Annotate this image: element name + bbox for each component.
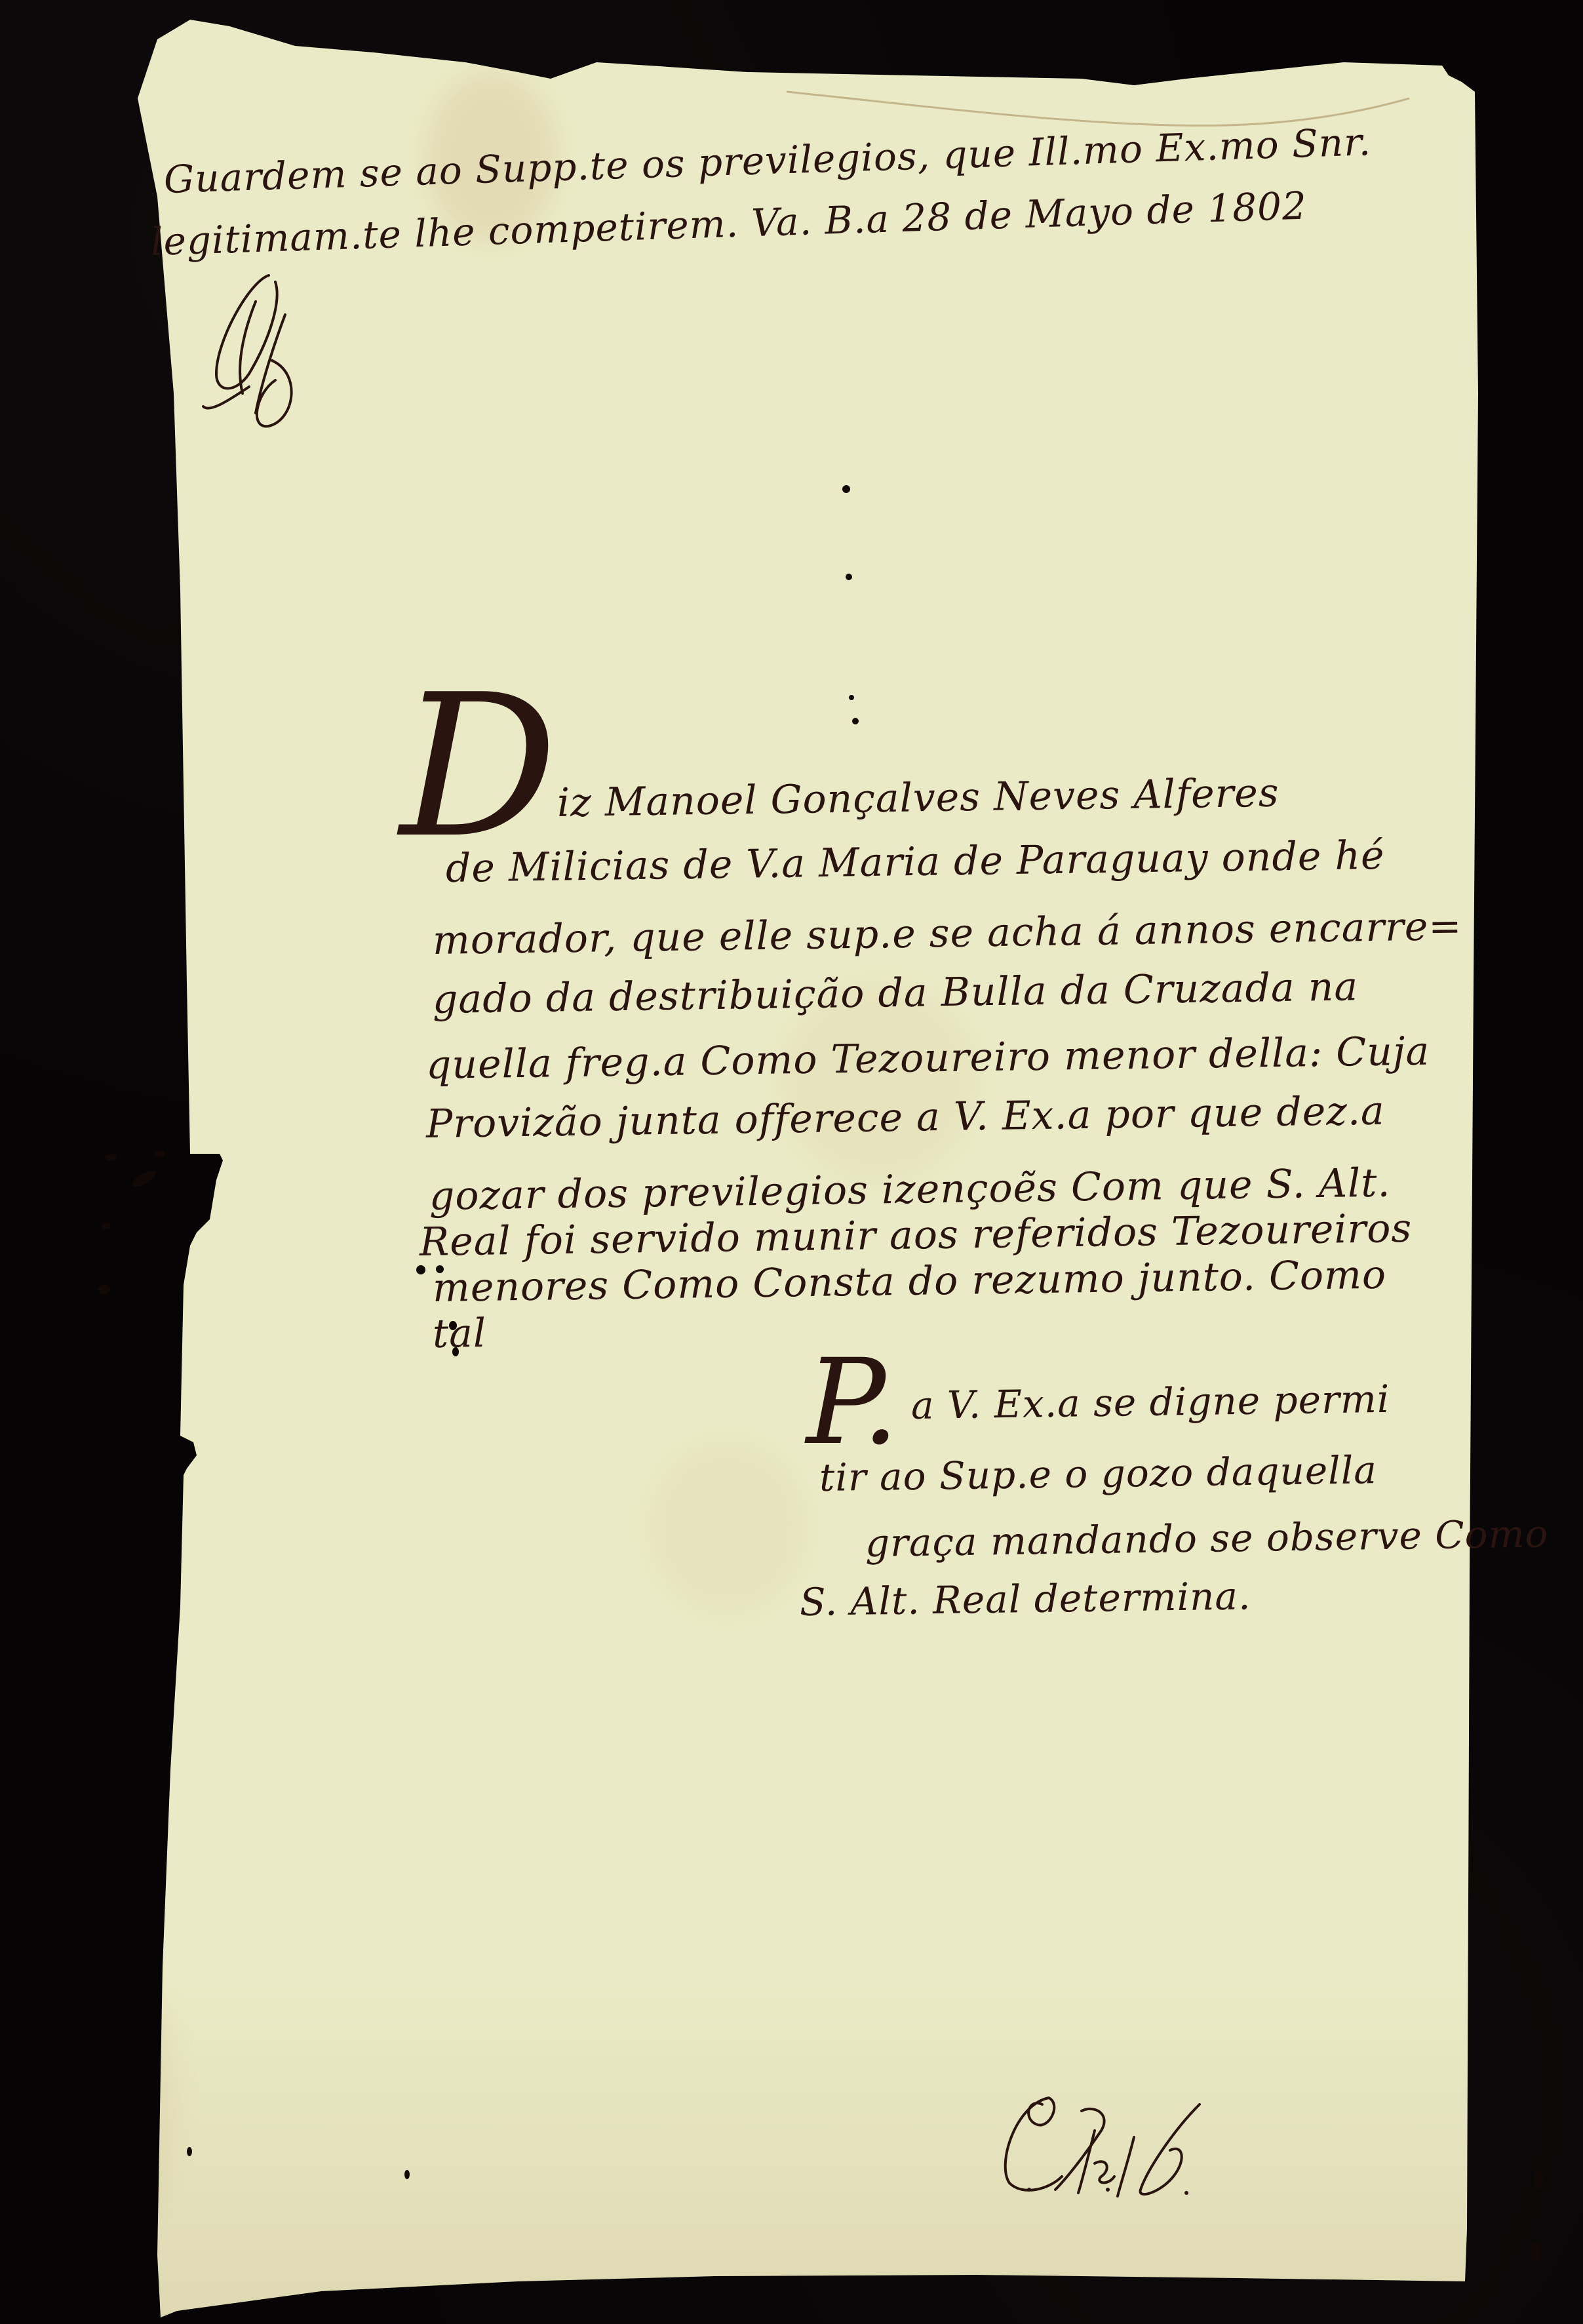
decorative-initial-p: P.	[806, 1344, 899, 1462]
ink-dot	[846, 574, 852, 580]
request-line-3: graça mandando se observe Como	[865, 1511, 1549, 1566]
ink-drip	[1534, 2170, 1543, 2190]
closing-signature	[990, 2078, 1285, 2212]
ink-dot	[404, 2170, 410, 2179]
ink-dot	[842, 485, 850, 493]
ink-dot	[102, 1223, 111, 1229]
foxing-stain	[649, 1442, 806, 1613]
ink-dot	[105, 1154, 117, 1160]
ink-dot	[852, 718, 859, 724]
request-line-1: a V. Ex.a se digne permi	[911, 1377, 1390, 1428]
ink-dot	[436, 1265, 444, 1273]
ink-dot	[187, 2147, 192, 2156]
signature-erm-icon	[990, 2078, 1285, 2209]
ink-dot	[416, 1265, 425, 1274]
ink-dot	[98, 1285, 110, 1294]
ink-dot	[449, 1321, 457, 1330]
petition-line-10: tal	[433, 1310, 487, 1357]
ink-drip	[1531, 2242, 1541, 2262]
rubric-signature-icon	[197, 262, 328, 446]
ink-dot	[452, 1347, 459, 1356]
request-line-2: tir ao Sup.e o gozo daquella	[819, 1448, 1378, 1500]
request-line-4: S. Alt. Real determina.	[800, 1573, 1251, 1625]
ink-dot	[154, 1151, 165, 1157]
decorative-initial-d: D	[400, 669, 558, 865]
ink-dot	[849, 695, 854, 700]
